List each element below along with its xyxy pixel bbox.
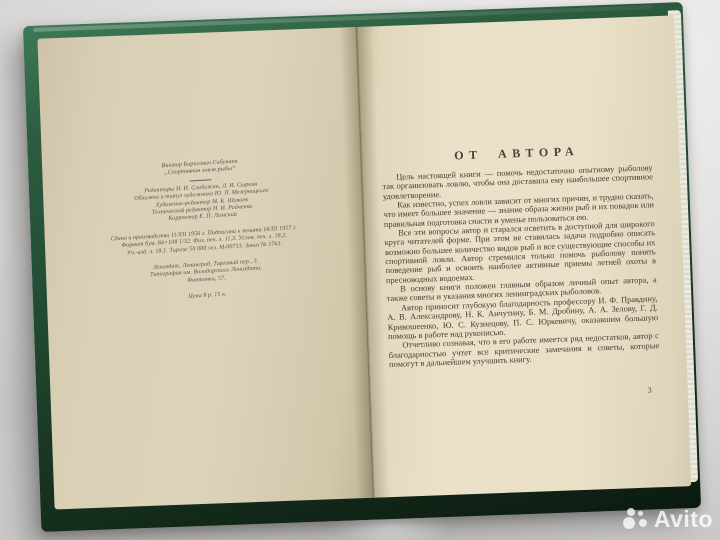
- open-book: Виктор Борисович Сабунаев „Спортивная ло…: [23, 2, 701, 532]
- page-spread: Виктор Борисович Сабунаев „Спортивная ло…: [37, 15, 691, 509]
- imprint-divider: [190, 179, 212, 181]
- chapter-heading: ОТ АВТОРА: [381, 141, 652, 166]
- right-page-text-column: ОТ АВТОРА Цель настоящей книги — помочь …: [360, 140, 688, 405]
- imprint-block: Виктор Борисович Сабунаев „Спортивная ло…: [71, 153, 337, 308]
- left-page: Виктор Борисович Сабунаев „Спортивная ло…: [37, 27, 373, 509]
- paragraph-3: Все эти вопросы автор и старался осветит…: [384, 219, 656, 285]
- avito-logo-icon: [623, 507, 651, 533]
- right-page: ОТ АВТОРА Цель настоящей книги — помочь …: [356, 15, 692, 497]
- page-number: 3: [390, 385, 661, 404]
- avito-watermark: Avito: [623, 506, 713, 533]
- avito-watermark-label: Avito: [654, 506, 713, 533]
- photo-background: Виктор Борисович Сабунаев „Спортивная ло…: [0, 0, 720, 540]
